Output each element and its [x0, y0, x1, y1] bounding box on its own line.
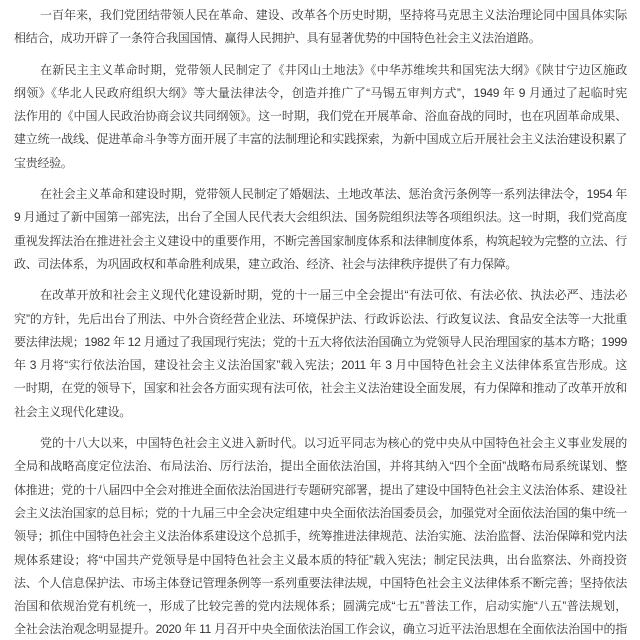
paragraph: 在改革开放和社会主义现代化建设新时期，党的十一届三中全会提出“有法可依、有法必依… [14, 284, 627, 424]
text-line: 在社会主义革命和建设时期，党带领人民制定了婚姻法、土地改革法、惩治贪污条例等一系… [14, 183, 627, 206]
text-line: 法、个人信息保护法、市场主体登记管理条例等一系列重要法律法规，中国特色社会主义法… [14, 572, 627, 595]
text-line: 法作用的《中国人民政治协商会议共同纲领》。这一时期，我们党在开展革命、浴血奋战的… [14, 105, 627, 128]
text-line: 要法律法规；1982 年 12 月通过了我国现行宪法；党的十五大将依法治国确立为… [14, 331, 627, 354]
text-line: 党的十八大以来，中国特色社会主义进入新时代。以习近平同志为核心的党中央从中国特色… [14, 432, 627, 455]
text-line: 宝贵经验。 [14, 152, 627, 175]
text-line: 纲领》《华北人民政府组织大纲》等大量法律法令，创造并推广了“马锡五审判方式”，1… [14, 82, 627, 105]
text-line: 会主义法治国家的总目标；党的十九届三中全会决定组建中央全面依法治国委员会，加强党… [14, 502, 627, 525]
paragraph: 党的十八大以来，中国特色社会主义进入新时代。以习近平同志为核心的党中央从中国特色… [14, 432, 627, 640]
text-line: 在改革开放和社会主义现代化建设新时期，党的十一届三中全会提出“有法可依、有法必依… [14, 284, 627, 307]
text-line: 全社会法治观念明显提升。2020 年 11 月召开中央全面依法治国工作会议，确立… [14, 618, 627, 640]
text-line: 一百年来，我们党团结带领人民在革命、建设、改革各个历史时期，坚持将马克思主义法治… [14, 4, 627, 27]
paragraph: 在新民主主义革命时期，党带领人民制定了《井冈山土地法》《中华苏维埃共和国宪法大纲… [14, 59, 627, 175]
text-line: 年 3 月将“实行依法治国，建设社会主义法治国家”载入宪法；2011 年 3 月… [14, 354, 627, 377]
text-line: 全局和战略高度定位法治、布局法治、厉行法治，提出全面依法治国，并将其纳入“四个全… [14, 455, 627, 478]
text-line: 治国和依规治党有机统一，形成了比较完善的党内法规体系；圆满完成“七五”普法工作，… [14, 595, 627, 618]
text-line: 建立统一战线、促进革命斗争等方面开展了丰富的法制理论和实践探索，为新中国成立后开… [14, 128, 627, 151]
paragraph: 在社会主义革命和建设时期，党带领人民制定了婚姻法、土地改革法、惩治贪污条例等一系… [14, 183, 627, 276]
text-line: 相结合，成功开辟了一条符合我国国情、赢得人民拥护、具有显著优势的中国特色社会主义… [14, 27, 627, 50]
text-line: 在新民主主义革命时期，党带领人民制定了《井冈山土地法》《中华苏维埃共和国宪法大纲… [14, 59, 627, 82]
text-line: 政、司法体系，为巩固政权和革命胜利成果，建立政治、经济、社会与法律秩序提供了有力… [14, 253, 627, 276]
document-page: 一百年来，我们党团结带领人民在革命、建设、改革各个历史时期，坚持将马克思主义法治… [0, 0, 640, 640]
text-line: 9 月通过了新中国第一部宪法，出台了全国人民代表大会组织法、国务院组织法等各项组… [14, 206, 627, 229]
text-line: 究”的方针，先后出台了刑法、中外合资经营企业法、环境保护法、行政诉讼法、行政复议… [14, 308, 627, 331]
text-line: 重视发挥法治在推进社会主义建设中的重要作用，不断完善国家制度体系和法律制度体系，… [14, 230, 627, 253]
text-line: 社会主义现代化建设。 [14, 401, 627, 424]
text-line: 领导；抓住中国特色社会主义法治体系建设这个总抓手，统筹推进法律规范、法治实施、法… [14, 525, 627, 548]
text-line: 一时期，在党的领导下，国家和社会各方面实现有法可依，社会主义法治建设全面发展，有… [14, 377, 627, 400]
paragraph: 一百年来，我们党团结带领人民在革命、建设、改革各个历史时期，坚持将马克思主义法治… [14, 4, 627, 51]
text-line: 体推进；党的十八届四中全会对推进全面依法治国进行专题研究部署，提出了建设中国特色… [14, 479, 627, 502]
text-line: 规体系建设；将“中国共产党领导是中国特色社会主义最本质的特征”载入宪法；制定民法… [14, 549, 627, 572]
